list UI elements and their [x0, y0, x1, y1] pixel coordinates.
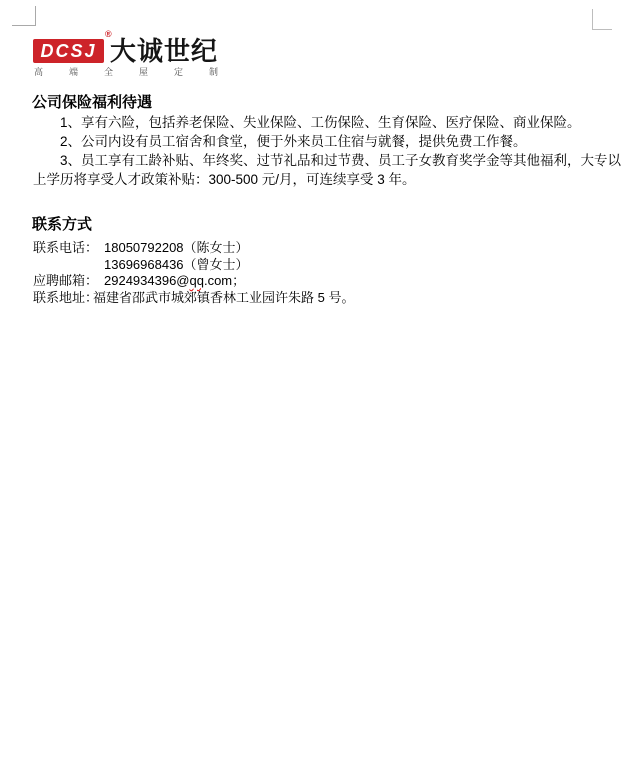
phone-number-2: 13696968436（曾女士） — [104, 257, 249, 272]
benefits-paragraphs: 1、享有六险，包括养老保险、失业保险、工伤保险、生育保险、医疗保险、商业保险。 … — [33, 113, 593, 189]
contact-section-heading: 联系方式 — [32, 216, 92, 234]
email-address: 2924934396@qq.com； — [104, 273, 245, 288]
logo-company-name: 大诚世纪 — [110, 37, 218, 65]
contact-address-row: 联系地址：福建省邵武市城郊镇香林工业园许朱路 5 号。 — [33, 290, 593, 307]
logo-tagline: 高端全屋定制 — [34, 68, 244, 77]
benefit-item-3-line-2: 上学历将享受人才政策补贴：300-500 元/月，可连续享受 3 年。 — [33, 170, 593, 189]
contact-phone-row: 联系电话：18050792208（陈女士） — [33, 240, 593, 257]
email-suffix-part: .com； — [204, 273, 245, 288]
email-domain-part-spellchecked: qq — [190, 273, 204, 288]
phone-number-1: 18050792208（陈女士） — [104, 240, 249, 255]
logo-acronym-text: DCSJ — [40, 42, 96, 60]
contact-phone2-row: 13696968436（曾女士） — [33, 257, 593, 274]
margin-crop-mark-top-right — [592, 9, 612, 30]
document-page: DCSJ ® 大诚世纪 高端全屋定制 公司保险福利待遇 1、享有六险，包括养老保… — [0, 0, 622, 774]
benefits-section-heading: 公司保险福利待遇 — [32, 94, 152, 112]
benefit-item-1: 1、享有六险，包括养老保险、失业保险、工伤保险、生育保险、医疗保险、商业保险。 — [33, 113, 593, 132]
contact-info: 联系电话：18050792208（陈女士） 13696968436（曾女士） 应… — [33, 240, 593, 306]
benefit-item-3-line-1: 3、员工享有工龄补贴、年终奖、过节礼品和过节费、员工子女教育奖学金等其他福利，大… — [33, 151, 593, 170]
company-logo: DCSJ ® 大诚世纪 高端全屋定制 — [33, 32, 233, 80]
email-user-part: 2924934396@ — [104, 273, 190, 288]
address-label: 联系地址： — [33, 290, 93, 307]
email-label: 应聘邮箱： — [33, 273, 104, 290]
phone-label: 联系电话： — [33, 240, 104, 257]
margin-crop-mark-top-left — [12, 6, 36, 26]
address-text: 福建省邵武市城郊镇香林工业园许朱路 5 号。 — [93, 290, 354, 305]
logo-acronym-badge: DCSJ — [33, 39, 104, 63]
contact-email-row: 应聘邮箱：2924934396@qq.com； — [33, 273, 593, 290]
benefit-item-2: 2、公司内设有员工宿舍和食堂，便于外来员工住宿与就餐，提供免费工作餐。 — [33, 132, 593, 151]
